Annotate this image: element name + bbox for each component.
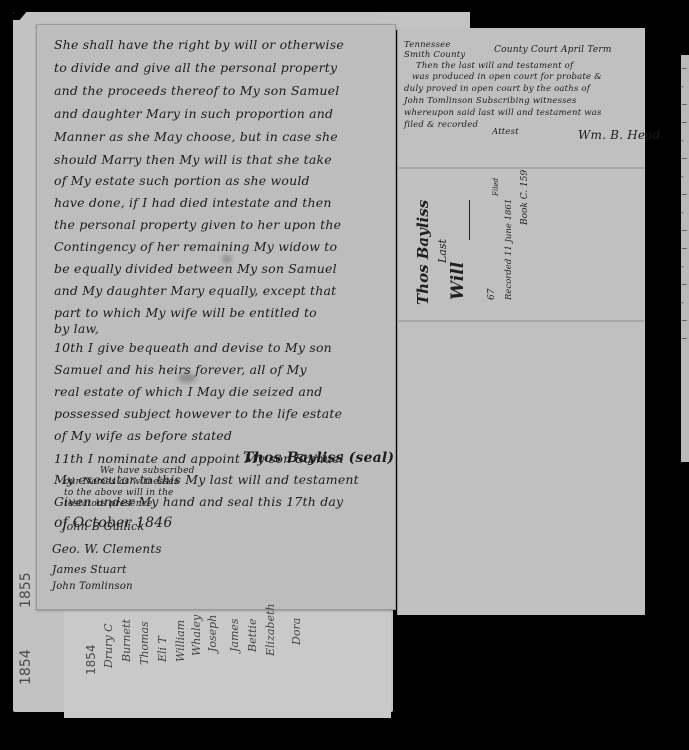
index-name: Dora [290, 618, 303, 645]
will-line: of My estate such portion as she would [54, 173, 310, 188]
will-line: part to which My wife will be entitled t… [54, 305, 317, 320]
probate-line: duly proved in open court by the oaths o… [404, 84, 590, 94]
will-line: and My daughter Mary equally, except tha… [54, 283, 336, 298]
index-name: Burnett [120, 619, 133, 662]
attestation-line: our Names as witnesses [64, 477, 179, 487]
index-name: Thomas [138, 621, 151, 665]
will-line: to divide and give all the personal prop… [54, 60, 337, 75]
probate-line: whereupon said last will and testament w… [404, 108, 602, 118]
adjacent-page-marks: ~-~~-~-~-~~-~-~~ [681, 60, 689, 460]
witness-signature: John Tomlinson [52, 581, 133, 592]
probate-line: John Tomlinson Subscribing witnesses [404, 96, 577, 106]
will-line: and daughter Mary in such proportion and [54, 106, 333, 121]
witness-signature: Geo. W. Clements [52, 542, 162, 556]
attestation-line: to the above will in the [64, 488, 174, 498]
will-line: be equally divided between My son Samuel [54, 261, 337, 276]
margin-year-1855: 1855 [18, 572, 34, 608]
probate-header-county: Smith County [404, 50, 465, 60]
probate-line: Then the last will and testament of [416, 61, 573, 71]
will-line: real estate of which I May die seized an… [54, 384, 322, 399]
margin-year-1854: 1854 [18, 649, 34, 685]
will-line: Contingency of her remaining My widow to [54, 239, 337, 254]
docket-filed: Filed [492, 178, 500, 196]
index-name: James [228, 618, 241, 652]
probate-line: filed & recorded [404, 120, 478, 130]
will-line: of My wife as before stated [54, 428, 232, 443]
index-name: Whaley [190, 615, 203, 656]
fold-line [397, 320, 644, 322]
docket-book: Book C. 159 [520, 170, 530, 225]
will-line: 10th I give bequeath and devise to My so… [54, 340, 332, 355]
probate-attest: Attest [492, 127, 519, 137]
fold-line [397, 167, 644, 169]
docket-label-will: Will [448, 262, 468, 300]
attestation-line: testators presence [64, 499, 152, 509]
docket-label-last: Last [436, 239, 449, 263]
index-year: 1854 [84, 644, 98, 675]
index-name: Eli T [156, 636, 169, 662]
testator-signature: Thos Bayliss (seal) [243, 450, 394, 466]
attestation-line: We have subscribed [100, 466, 195, 476]
docket-recorded: Recorded 11 June 1861 [504, 199, 514, 300]
index-name: Joseph [206, 615, 219, 652]
index-name: Bettie [246, 619, 259, 652]
will-line: Samuel and his heirs forever, all of My [54, 362, 307, 377]
will-line: Manner as she May choose, but in case sh… [54, 129, 338, 144]
will-line: She shall have the right by will or othe… [54, 37, 344, 52]
probate-header-court: County Court April Term [494, 45, 612, 55]
clerk-signature: Wm. B. Head [578, 128, 660, 142]
will-line: by law, [54, 321, 99, 336]
docket-number: 67 [487, 289, 497, 300]
index-name: Drury C [102, 623, 115, 668]
will-line: and the proceeds thereof to My son Samue… [54, 83, 339, 98]
probate-header-state: Tennessee [404, 40, 451, 50]
witness-signature: John B Gullick [62, 520, 144, 533]
will-line: possessed subject however to the life es… [54, 406, 342, 421]
will-line: have done, if I had died intestate and t… [54, 195, 332, 210]
docket-name: Thos Bayliss [414, 200, 432, 305]
docket-underline [469, 200, 470, 240]
index-name: Elizabeth [264, 604, 277, 656]
probate-line: was produced in open court for probate & [412, 72, 602, 82]
witness-signature: James Stuart [52, 563, 127, 576]
index-name: William [174, 620, 187, 662]
will-line: should Marry then My will is that she ta… [54, 152, 332, 167]
will-line: the personal property given to her upon … [54, 217, 341, 232]
